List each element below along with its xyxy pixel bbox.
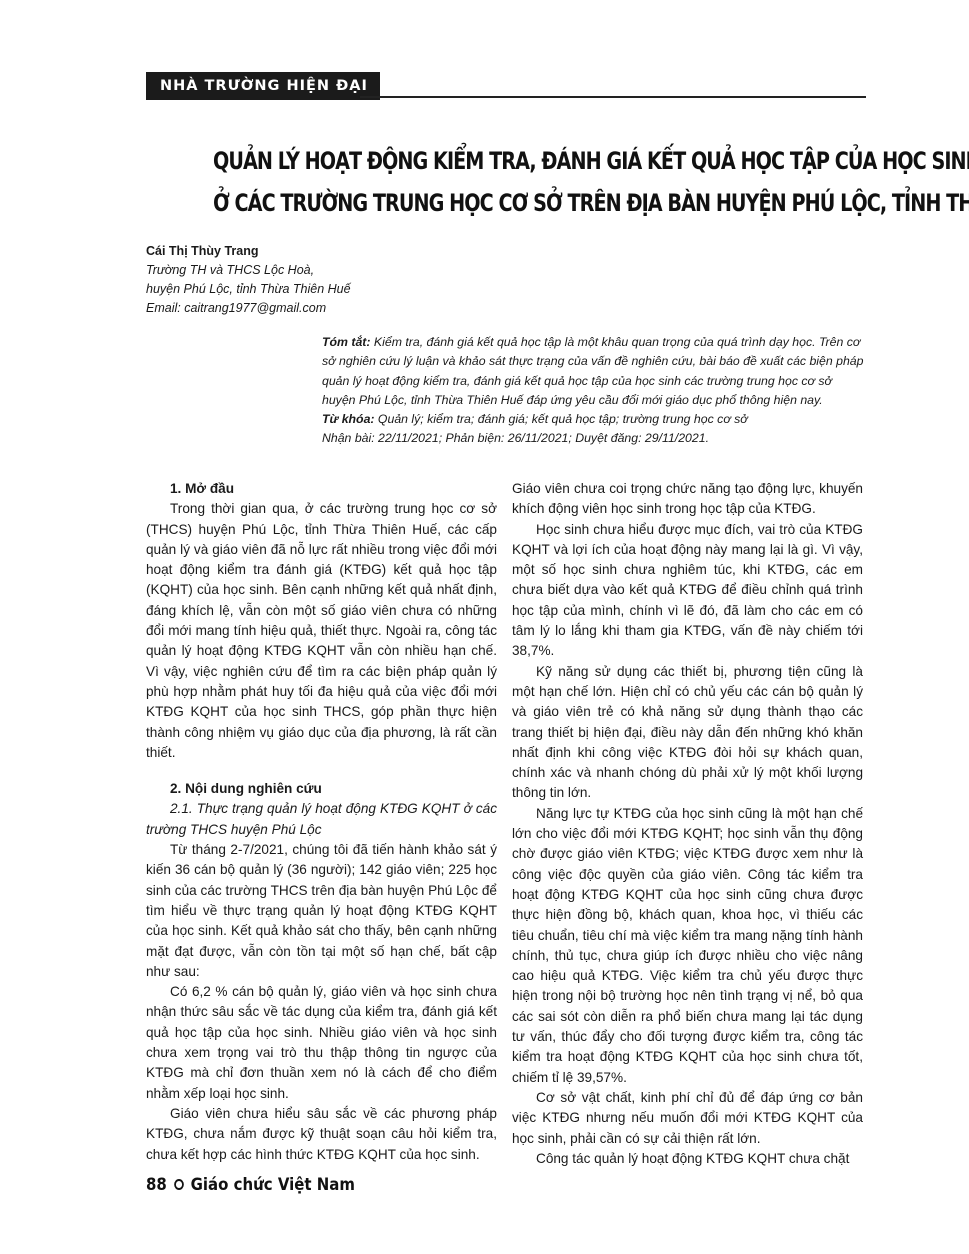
paragraph: Giáo viên chưa hiểu sâu sắc về các phươn… <box>146 1104 497 1165</box>
paragraph: Từ tháng 2-7/2021, chúng tôi đã tiến hàn… <box>146 840 497 982</box>
title-line-1: QUẢN LÝ HOẠT ĐỘNG KIỂM TRA, ĐÁNH GIÁ KẾT… <box>213 140 797 182</box>
paragraph: Năng lực tự KTĐG của học sinh cũng là mộ… <box>512 804 863 1088</box>
paragraph: Kỹ năng sử dụng các thiết bị, phương tiệ… <box>512 662 863 804</box>
heading-introduction: 1. Mở đầu <box>146 479 497 499</box>
abstract-block: Tóm tắt: Kiểm tra, đánh giá kết quả học … <box>322 333 867 449</box>
abstract-label: Tóm tắt: <box>322 335 371 349</box>
paragraph: Công tác quản lý hoạt động KTĐG KQHT chư… <box>512 1149 863 1169</box>
page-footer: 88Giáo chức Việt Nam <box>146 1175 355 1195</box>
page-number: 88 <box>146 1175 167 1195</box>
paragraph: Giáo viên chưa coi trọng chức năng tạo đ… <box>512 479 863 520</box>
paragraph: Trong thời gian qua, ở các trường trung … <box>146 499 497 763</box>
article-title: QUẢN LÝ HOẠT ĐỘNG KIỂM TRA, ĐÁNH GIÁ KẾT… <box>213 140 797 224</box>
title-line-2: Ở CÁC TRƯỜNG TRUNG HỌC CƠ SỞ TRÊN ĐỊA BÀ… <box>213 182 797 224</box>
right-column: Giáo viên chưa coi trọng chức năng tạo đ… <box>512 479 863 1169</box>
keywords-body: Quản lý; kiểm tra; đánh giá; kết quả học… <box>375 412 748 426</box>
keywords-label: Từ khóa: <box>322 412 375 426</box>
abstract-text: Tóm tắt: Kiểm tra, đánh giá kết quả học … <box>322 333 867 410</box>
abstract-body: Kiểm tra, đánh giá kết quả học tập là mộ… <box>322 335 864 407</box>
journal-name: Giáo chức Việt Nam <box>191 1175 355 1195</box>
dates-line: Nhận bài: 22/11/2021; Phản biện: 26/11/2… <box>322 429 867 448</box>
author-email[interactable]: Email: caitrang1977@gmail.com <box>146 299 351 318</box>
author-affiliation-1: Trường TH và THCS Lộc Hoà, <box>146 261 351 280</box>
circle-bullet-icon <box>174 1179 184 1190</box>
paragraph: Học sinh chưa hiểu được mục đích, vai tr… <box>512 520 863 662</box>
section-tag: NHÀ TRƯỜNG HIỆN ĐẠI <box>146 72 380 100</box>
paragraph: Cơ sở vật chất, kinh phí chỉ đủ để đáp ứ… <box>512 1088 863 1149</box>
paragraph: Có 6,2 % cán bộ quản lý, giáo viên và họ… <box>146 982 497 1104</box>
author-affiliation-2: huyện Phú Lộc, tỉnh Thừa Thiên Huế <box>146 280 351 299</box>
heading-research-content: 2. Nội dung nghiên cứu <box>146 779 497 799</box>
subheading-2-1: 2.1. Thực trạng quản lý hoạt động KTĐG K… <box>146 799 497 840</box>
left-column: 1. Mở đầu Trong thời gian qua, ở các trư… <box>146 479 497 1165</box>
keywords-line: Từ khóa: Quản lý; kiểm tra; đánh giá; kế… <box>322 410 867 429</box>
author-name: Cái Thị Thùy Trang <box>146 242 351 261</box>
author-block: Cái Thị Thùy Trang Trường TH và THCS Lộc… <box>146 242 351 318</box>
section-rule-divider <box>360 96 866 98</box>
